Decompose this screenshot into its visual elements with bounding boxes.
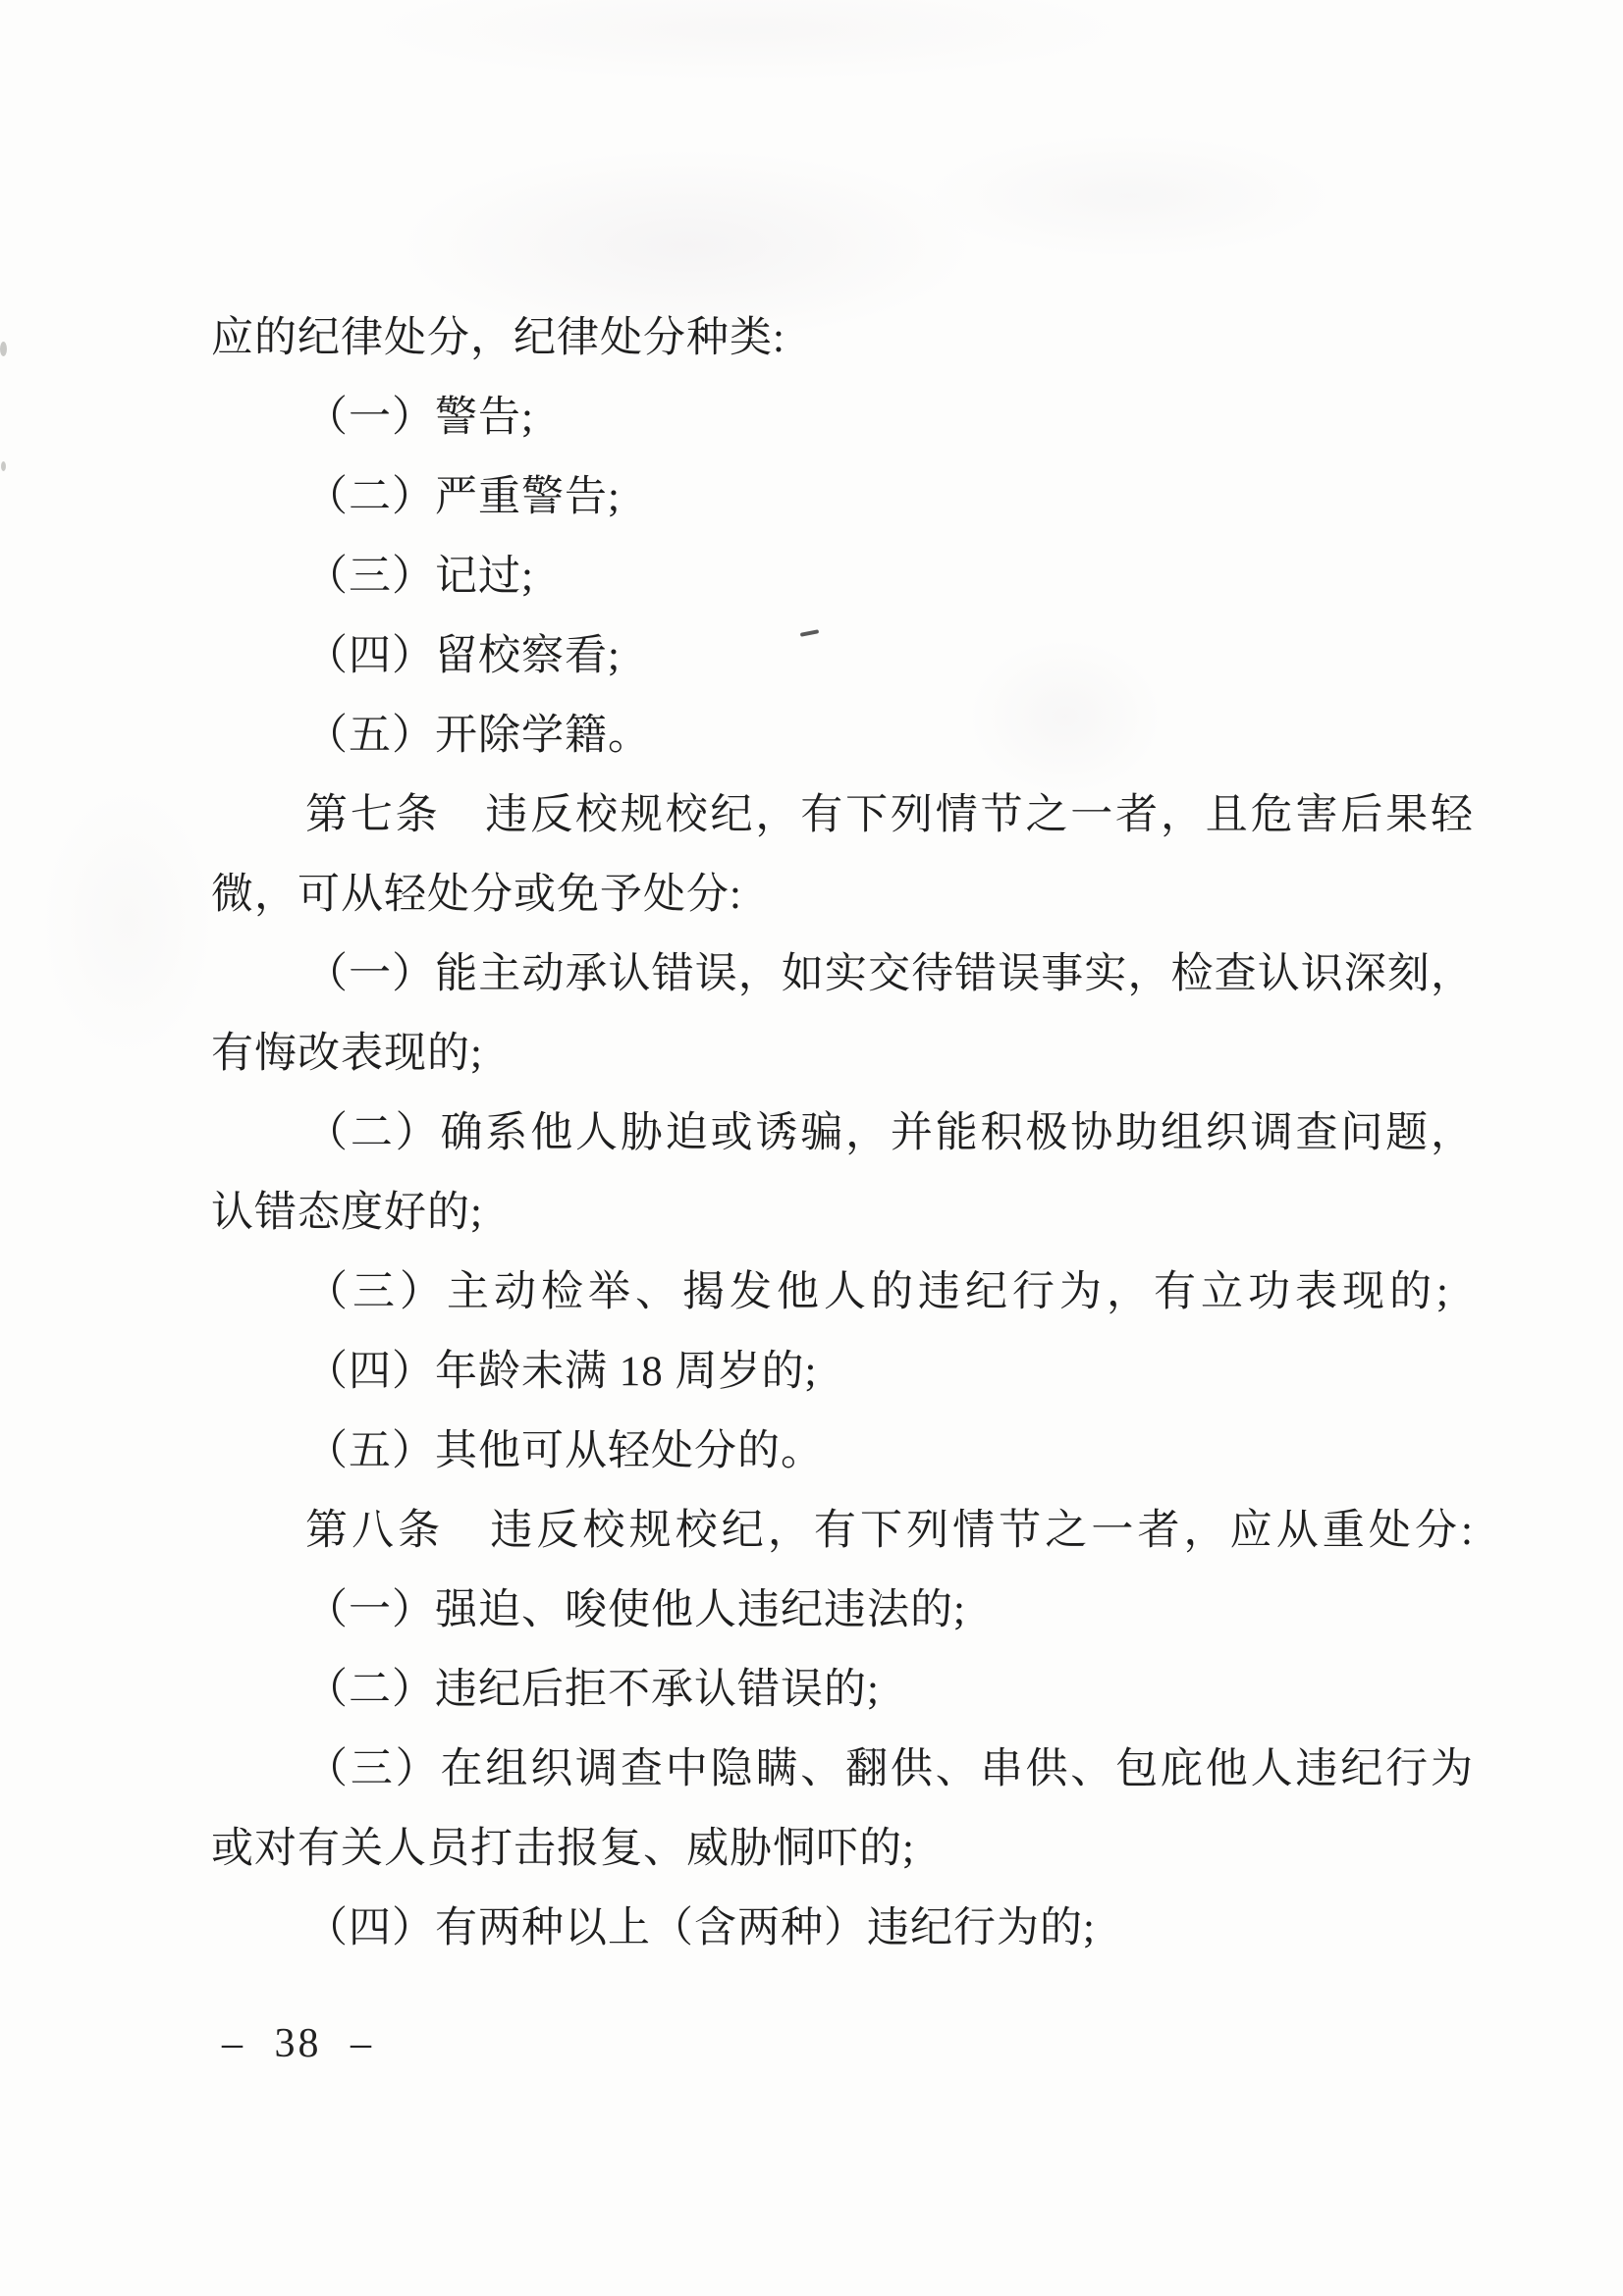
text-line: （一）强迫、唆使他人违纪违法的; bbox=[211, 1571, 1474, 1650]
text-line: （一）警告; bbox=[211, 378, 1474, 457]
text-line: （四）有两种以上（含两种）违纪行为的; bbox=[211, 1889, 1474, 1968]
text-line: （二）违纪后拒不承认错误的; bbox=[211, 1650, 1474, 1730]
text-line: 有悔改表现的; bbox=[211, 1014, 1474, 1094]
document-body: 应的纪律处分，纪律处分种类: （一）警告; （二）严重警告; （三）记过; （四… bbox=[211, 298, 1474, 1968]
text-line: （二）严重警告; bbox=[211, 457, 1474, 537]
text-line: （五）开除学籍。 bbox=[211, 696, 1474, 775]
text-line: （三）在组织调查中隐瞒、翻供、串供、包庇他人违纪行为 bbox=[211, 1730, 1474, 1809]
text-line: （四）年龄未满 18 周岁的; bbox=[211, 1332, 1474, 1412]
text-line: 第七条 违反校规校纪，有下列情节之一者，且危害后果轻 bbox=[211, 775, 1474, 855]
text-line: （三）主动检举、揭发他人的违纪行为，有立功表现的; bbox=[211, 1253, 1474, 1332]
page-number: – 38 – bbox=[222, 2014, 374, 2073]
text-line: 应的纪律处分，纪律处分种类: bbox=[211, 298, 1474, 378]
text-line: （五）其他可从轻处分的。 bbox=[211, 1412, 1474, 1491]
text-line: 微，可从轻处分或免予处分: bbox=[211, 855, 1474, 934]
text-line: 认错态度好的; bbox=[211, 1173, 1474, 1253]
text-line: （二）确系他人胁迫或诱骗，并能积极协助组织调查问题， bbox=[211, 1094, 1474, 1173]
document-page: 应的纪律处分，纪律处分种类: （一）警告; （二）严重警告; （三）记过; （四… bbox=[0, 0, 1623, 2296]
scan-smudge bbox=[39, 785, 216, 1060]
scan-speck bbox=[1, 461, 6, 471]
text-line: 第八条 违反校规校纪，有下列情节之一者，应从重处分: bbox=[211, 1491, 1474, 1571]
scan-speck bbox=[0, 342, 7, 356]
text-line: （四）留校察看; bbox=[211, 616, 1474, 696]
text-line: （一）能主动承认错误，如实交待错误事实，检查认识深刻， bbox=[211, 934, 1474, 1014]
text-line: 或对有关人员打击报复、威胁恫吓的; bbox=[211, 1809, 1474, 1889]
text-line: （三）记过; bbox=[211, 537, 1474, 616]
